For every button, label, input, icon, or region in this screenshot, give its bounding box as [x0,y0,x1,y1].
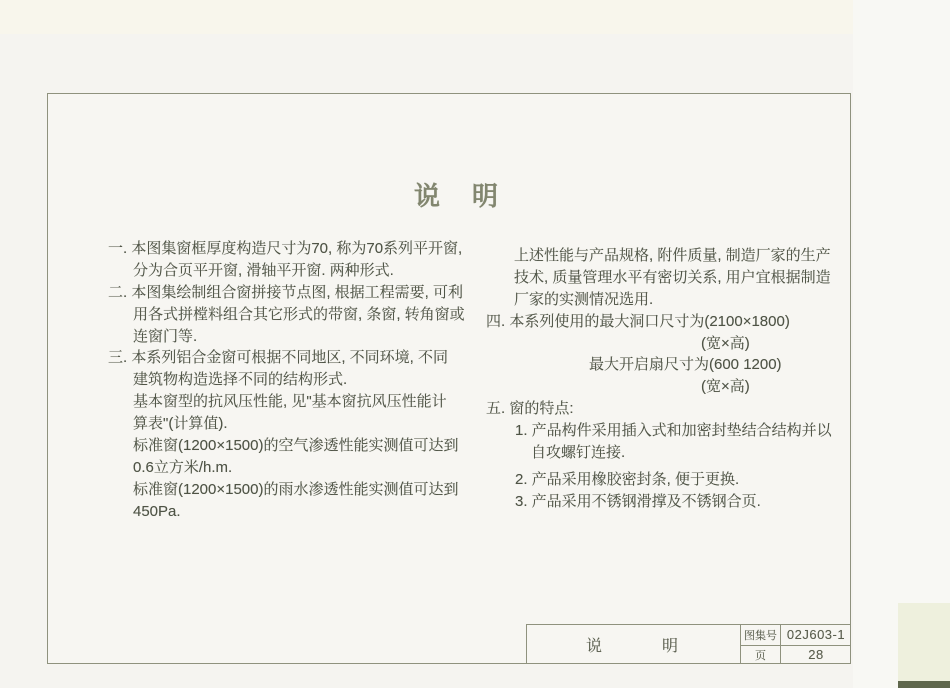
scan-edge-strip [898,681,950,688]
note-line: 四. 本系列使用的最大洞口尺寸为(2100×1800) [486,311,851,333]
note-line: 标准窗(1200×1500)的空气渗透性能实测值可达到 [108,435,483,457]
note-line: 技术, 质量管理水平有密切关系, 用户宜根据制造 [486,267,851,289]
note-line: 一. 本图集窗框厚度构造尺寸为70, 称为70系列平开窗, [108,238,483,260]
note-line: (宽×高) [486,333,851,355]
note-line: 最大开启扇尺寸为(600 1200) [486,354,851,376]
note-line: 建筑物构造选择不同的结构形式. [108,369,483,391]
note-line: 算表"(计算值). [108,413,483,435]
note-line: 2. 产品采用橡胶密封条, 便于更换. [486,469,851,491]
note-line: 基本窗型的抗风压性能, 见"基本窗抗风压性能计 [108,391,483,413]
note-line: (宽×高) [486,376,851,398]
scanned-document-page: { "colors": { "paper": "#f5f4f0", "ink":… [0,0,950,688]
paper-right-margin [853,0,950,688]
notes-column-right: 上述性能与产品规格, 附件质量, 制造厂家的生产 技术, 质量管理水平有密切关系… [486,245,851,513]
note-line: 自攻螺钉连接. [486,442,851,464]
title-block-values: 02J603-1 28 [780,625,851,664]
atlas-number-value: 02J603-1 [781,625,851,645]
title-block-labels: 图集号 页 [740,625,780,664]
note-line: 分为合页平开窗, 滑轴平开窗. 两种形式. [108,260,483,282]
note-line: 用各式拼樘料组合其它形式的带窗, 条窗, 转角窗或 [108,304,483,326]
note-line: 标准窗(1200×1500)的雨水渗透性能实测值可达到 [108,479,483,501]
title-block: 说明 图集号 页 02J603-1 28 [526,624,851,664]
atlas-number-label: 图集号 [741,625,780,645]
paper-top-tint [0,0,950,34]
page-number-label: 页 [741,645,780,664]
page-number-value: 28 [781,645,851,664]
note-line: 上述性能与产品规格, 附件质量, 制造厂家的生产 [486,245,851,267]
note-line: 五. 窗的特点: [486,398,851,420]
note-line: 0.6立方米/h.m. [108,457,483,479]
scan-edge-artifact [898,603,950,688]
title-block-sheet-name: 说明 [527,625,740,664]
note-line: 三. 本系列铝合金窗可根据不同地区, 不同环境, 不同 [108,347,483,369]
note-line: 厂家的实测情况选用. [486,289,851,311]
drawing-sheet-border: 说明 一. 本图集窗框厚度构造尺寸为70, 称为70系列平开窗, 分为合页平开窗… [47,93,851,664]
page-title: 说明 [414,176,530,213]
note-line: 450Pa. [108,501,483,523]
note-line: 3. 产品采用不锈钢滑撑及不锈钢合页. [486,491,851,513]
note-line: 二. 本图集绘制组合窗拼接节点图, 根据工程需要, 可利 [108,282,483,304]
note-line: 1. 产品构件采用插入式和加密封垫结合结构并以 [486,420,851,442]
notes-column-left: 一. 本图集窗框厚度构造尺寸为70, 称为70系列平开窗, 分为合页平开窗, 滑… [108,238,483,523]
note-line: 连窗门等. [108,326,483,348]
